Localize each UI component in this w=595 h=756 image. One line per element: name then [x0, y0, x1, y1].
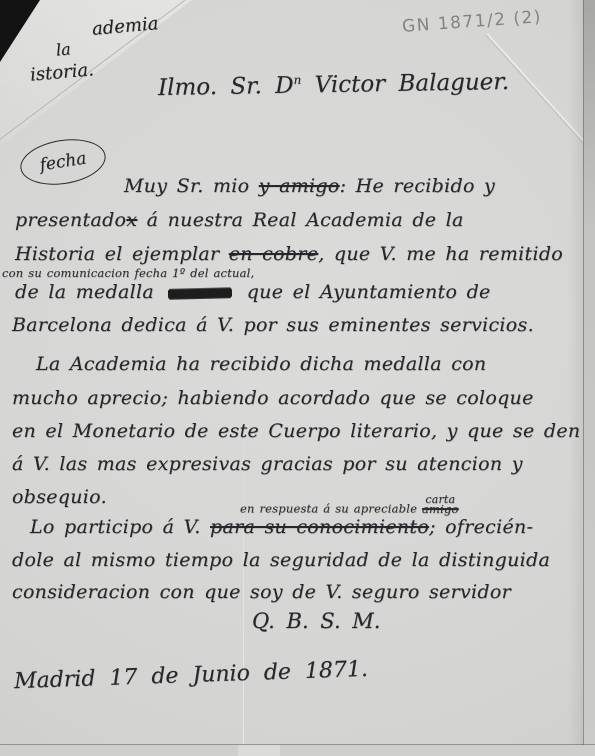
- scribbled-out-word: [168, 288, 232, 299]
- struck-text-en-cobre: en cobre: [229, 243, 319, 265]
- salutation-line: Ilmo. Sr. Dn Victor Balaguer.: [158, 69, 510, 101]
- salutation-name: Victor Balaguer.: [301, 69, 509, 99]
- p1-l3-post: , que V. me ha remitido: [318, 243, 563, 265]
- body-line-p2-4: á V. las mas expresivas gracias por su a…: [12, 453, 523, 475]
- p1-l2-pre: presentado: [15, 209, 126, 231]
- body-line-p3-3: consideracion con que soy de V. seguro s…: [12, 581, 511, 603]
- body-line-p2-2: mucho aprecio; habiendo acordado que se …: [12, 387, 534, 409]
- p1-l3-pre: Historia el ejemplar: [15, 243, 229, 265]
- margin-note-fecha: fecha: [38, 148, 88, 175]
- body-line-p3-1: Lo participo á V. para su conocimiento; …: [30, 516, 533, 538]
- p1-l2-post: á nuestra Real Academia de la: [137, 209, 463, 231]
- struck-text-y-amigo: y amigo: [259, 175, 340, 197]
- p1-l1-pre: Muy Sr. mio: [124, 175, 259, 197]
- body-line-p1-1: Muy Sr. mio y amigo: He recibido y: [124, 175, 495, 197]
- body-line-p1-3: Historia el ejemplar en cobre, que V. me…: [15, 243, 563, 265]
- correction-stack: cartaamigo: [422, 494, 459, 516]
- body-line-p2-3: en el Monetario de este Cuerpo literario…: [12, 420, 580, 442]
- interlinear-insertion-p3: en respuesta á su apreciable cartaamigo: [240, 494, 459, 516]
- letterhead-line-2: la: [55, 39, 71, 59]
- salutation-text: Ilmo. Sr. D: [158, 73, 294, 101]
- paper-edge-right: [583, 0, 595, 756]
- archival-reference: GN 1871/2 (2): [401, 7, 542, 37]
- body-line-p2-5: obsequio.: [12, 486, 107, 508]
- struck-letter: x: [126, 209, 137, 231]
- letter-page: GN 1871/2 (2) ademia la istoria. Ilmo. S…: [0, 0, 595, 756]
- p3-interline-pre: en respuesta á su apreciable: [240, 502, 422, 516]
- letterhead-line-3: istoria.: [29, 59, 94, 85]
- dateline: Madrid 17 de Junio de 1871.: [14, 657, 369, 694]
- body-line-p1-4: de la medalla que el Ayuntamiento de: [15, 281, 491, 303]
- p1-l4-pre: de la medalla: [15, 281, 163, 303]
- body-line-p3-2: dole al mismo tiempo la seguridad de la …: [12, 549, 550, 571]
- body-line-p1-5: Barcelona dedica á V. por sus eminentes …: [12, 314, 534, 336]
- paper-strip-below-fold: [0, 745, 595, 756]
- paper-seam-below-fold: [238, 745, 280, 756]
- body-line-p2-1: La Academia ha recibido dicha medalla co…: [36, 353, 486, 375]
- letterhead-line-1: ademia: [91, 13, 159, 40]
- p3-l1-pre: Lo participo á V.: [30, 516, 210, 538]
- struck-text-para-su-conocimiento: para su conocimiento: [210, 516, 429, 538]
- p3-l1-post: ; ofrecién-: [429, 516, 533, 538]
- p1-l4-post: que el Ayuntamiento de: [237, 281, 490, 303]
- interlinear-insertion-p1: con su comunicacion fecha 1º del actual,: [2, 266, 254, 280]
- body-line-p1-2: presentadox á nuestra Real Academia de l…: [15, 209, 464, 231]
- margin-note-circle: fecha: [17, 134, 109, 191]
- closing-abbreviation: Q. B. S. M.: [252, 609, 380, 633]
- p1-l1-post: : He recibido y: [340, 175, 495, 197]
- struck-word-amigo: amigo: [422, 504, 459, 516]
- paper-edge-shadow-right: [568, 0, 584, 756]
